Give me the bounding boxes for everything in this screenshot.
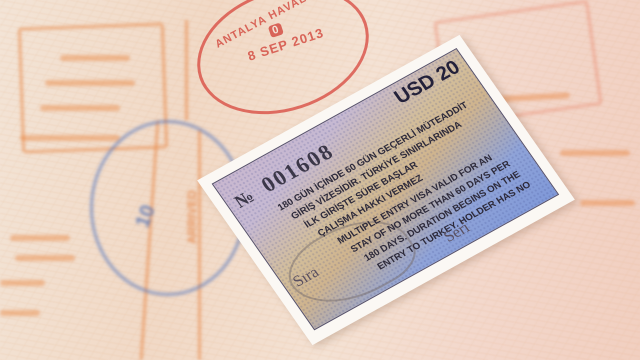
stamp-bar xyxy=(40,105,120,111)
red-stamp-date: 8 SEP 2013 xyxy=(246,25,326,64)
stamp-bar xyxy=(15,255,75,261)
stamp-bar xyxy=(580,200,635,206)
stamp-bar xyxy=(60,55,130,61)
stamp-bar xyxy=(0,310,40,316)
stamp-border-line xyxy=(185,20,188,120)
stamp-bar xyxy=(0,280,45,286)
stamp-bar xyxy=(560,150,630,156)
stamp-bar xyxy=(45,80,135,86)
stamp-bar xyxy=(20,135,120,141)
stamp-bar xyxy=(10,235,70,241)
red-stamp-code: 0 xyxy=(268,22,284,37)
